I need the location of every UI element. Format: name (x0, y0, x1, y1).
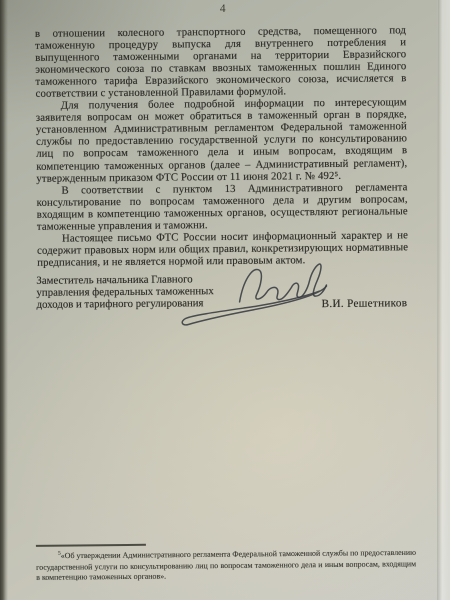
paragraph: Для получения более подробной информации… (36, 97, 408, 185)
signatory-name: В.И. Решетников (322, 297, 408, 310)
footnote-text: «Об утверждении Административного реглам… (36, 548, 416, 582)
paper-right-edge (437, 0, 450, 600)
paragraph: В соответствии с пунктом 13 Администрати… (36, 181, 407, 233)
document-photo: 4 в отношении колесного транспортного ср… (0, 0, 450, 600)
page-number: 4 (0, 1, 448, 17)
document-page: 4 в отношении колесного транспортного ср… (0, 0, 450, 600)
footnote: 5«Об утверждении Административного регла… (36, 545, 416, 584)
photo-left-edge (0, 0, 8, 600)
paragraph: в отношении колесного транспортного сред… (35, 24, 407, 100)
footnote-divider (36, 544, 146, 547)
body-text: в отношении колесного транспортного сред… (35, 24, 408, 268)
